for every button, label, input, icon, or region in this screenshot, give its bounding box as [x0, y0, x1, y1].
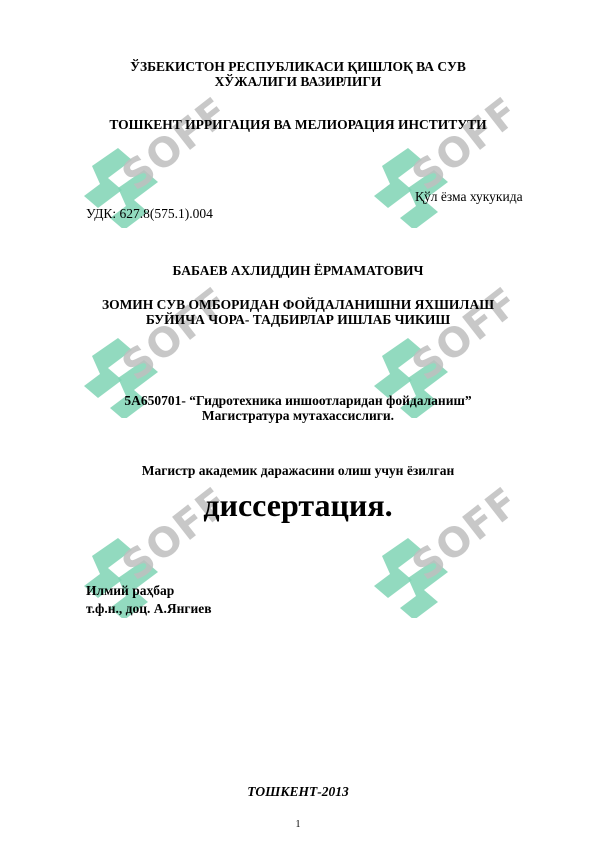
specialty-line-2: Магистратура мутахассислиги.	[0, 408, 596, 423]
supervisor-name: т.ф.н., доц. А.Янгиев	[86, 600, 212, 618]
author-name: БАБАЕВ АХЛИДДИН ЁРМАМАТОВИЧ	[0, 263, 596, 279]
ministry-heading: ЎЗБЕКИСТОН РЕСПУБЛИКАСИ ҚИШЛОҚ ВА СУВ ХЎ…	[0, 59, 596, 89]
supervisor-label: Илмий раҳбар	[86, 582, 212, 600]
thesis-title: ЗОМИН СУВ ОМБОРИДАН ФОЙДАЛАНИШНИ ЯХШИЛАШ…	[0, 297, 596, 327]
page-number: 1	[0, 819, 596, 830]
supervisor-block: Илмий раҳбар т.ф.н., доц. А.Янгиев	[86, 582, 212, 618]
watermark: SOFF	[368, 88, 538, 228]
ministry-line-1: ЎЗБЕКИСТОН РЕСПУБЛИКАСИ ҚИШЛОҚ ВА СУВ	[0, 59, 596, 74]
copyright-note: Қўл ёзма хукукида	[415, 189, 523, 205]
ss-logo-icon	[374, 538, 448, 618]
thesis-title-line-1: ЗОМИН СУВ ОМБОРИДАН ФОЙДАЛАНИШНИ ЯХШИЛАШ	[0, 297, 596, 312]
document-type: диссертация.	[0, 487, 596, 523]
watermark-text: SOFF	[404, 279, 528, 390]
institute-heading: ТОШКЕНТ ИРРИГАЦИЯ ВА МЕЛИОРАЦИЯ ИНСТИТУТ…	[0, 117, 596, 132]
specialty-line-1: 5А650701- “Гидротехника иншоотларидан фо…	[0, 393, 596, 408]
specialty: 5А650701- “Гидротехника иншоотларидан фо…	[0, 393, 596, 423]
watermark-text: SOFF	[404, 89, 528, 200]
watermark-text: SOFF	[114, 89, 238, 200]
document-page: SOFF SOFF SOFF SOFF	[0, 0, 596, 842]
udk-code: УДК: 627.8(575.1).004	[86, 206, 213, 222]
city-year: ТОШКЕНТ-2013	[0, 784, 596, 800]
watermark-text: SOFF	[114, 279, 238, 390]
degree-line: Магистр академик даражасини олиш учун ёз…	[0, 463, 596, 479]
ss-logo-icon	[374, 148, 448, 228]
ministry-line-2: ХЎЖАЛИГИ ВАЗИРЛИГИ	[0, 74, 596, 89]
thesis-title-line-2: БУЙИЧА ЧОРА- ТАДБИРЛАР ИШЛАБ ЧИКИШ	[0, 312, 596, 327]
